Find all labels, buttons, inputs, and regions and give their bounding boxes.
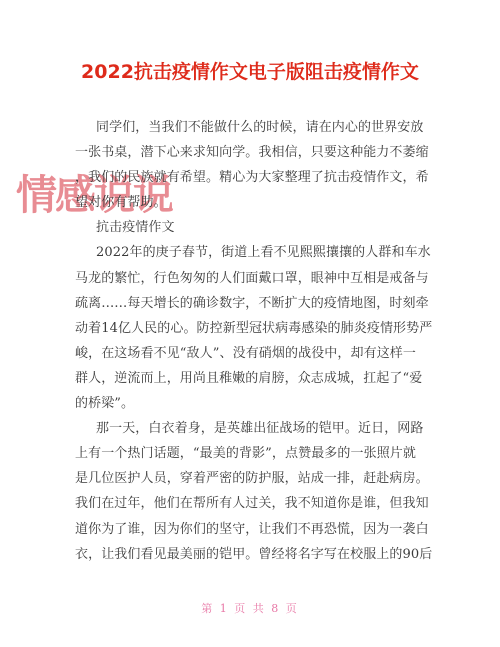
text-line: 群人，逆流而上，用尚且稚嫩的肩膀，众志成城，扛起了“爱 xyxy=(75,366,431,391)
text-line: 望对你有帮助。 xyxy=(75,190,431,215)
text-line: 2022年的庚子春节，街道上看不见熙熙攘攘的人群和车水 xyxy=(75,240,431,265)
text-line: 道你为了谁，因为你们的坚守，让我们不再恐慌，因为一袭白 xyxy=(75,517,431,542)
text-line: 峻，在这场看不见“敌人”、没有硝烟的战役中，却有这样一 xyxy=(75,341,431,366)
text-line: ，我们的民族就有希望。精心为大家整理了抗击疫情作文，希 xyxy=(75,165,431,190)
text-line: 是几位医护人员，穿着严密的防护服，站成一排，赶赴病房。 xyxy=(75,466,431,491)
document-page: 情感说说 2022抗击疫情作文电子版阻击疫情作文 同学们，当我们不能做什么的时候… xyxy=(0,0,500,647)
text-line: 上有一个热门话题，“最美的背影”，点赞最多的一张照片就 xyxy=(75,441,431,466)
text-line: 一张书桌，潜下心来求知向学。我相信，只要这种能力不萎缩 xyxy=(75,140,431,165)
text-line: 疏离……每天增长的确诊数字，不断扩大的疫情地图，时刻牵 xyxy=(75,291,431,316)
text-line: 马龙的繁忙，行色匆匆的人们面戴口罩，眼神中互相是戒备与 xyxy=(75,266,431,291)
page-number: 第 1 页 共 8 页 xyxy=(0,600,500,616)
text-line: 那一天，白衣着身，是英雄出征战场的铠甲。近日，网路 xyxy=(75,416,431,441)
document-title: 2022抗击疫情作文电子版阻击疫情作文 xyxy=(0,57,500,84)
text-line: 的桥梁”。 xyxy=(75,391,431,416)
text-line: 我们在过年，他们在帮所有人过关，我不知道你是谁，但我知 xyxy=(75,491,431,516)
document-body: 同学们，当我们不能做什么的时候，请在内心的世界安放一张书桌，潜下心来求知向学。我… xyxy=(75,115,431,567)
text-line: 抗击疫情作文 xyxy=(75,215,431,240)
text-line: 同学们，当我们不能做什么的时候，请在内心的世界安放 xyxy=(75,115,431,140)
text-line: 衣，让我们看见最美丽的铠甲。曾经将名字写在校服上的90后 xyxy=(75,542,431,567)
text-line: 动着14亿人民的心。防控新型冠状病毒感染的肺炎疫情形势严 xyxy=(75,316,431,341)
